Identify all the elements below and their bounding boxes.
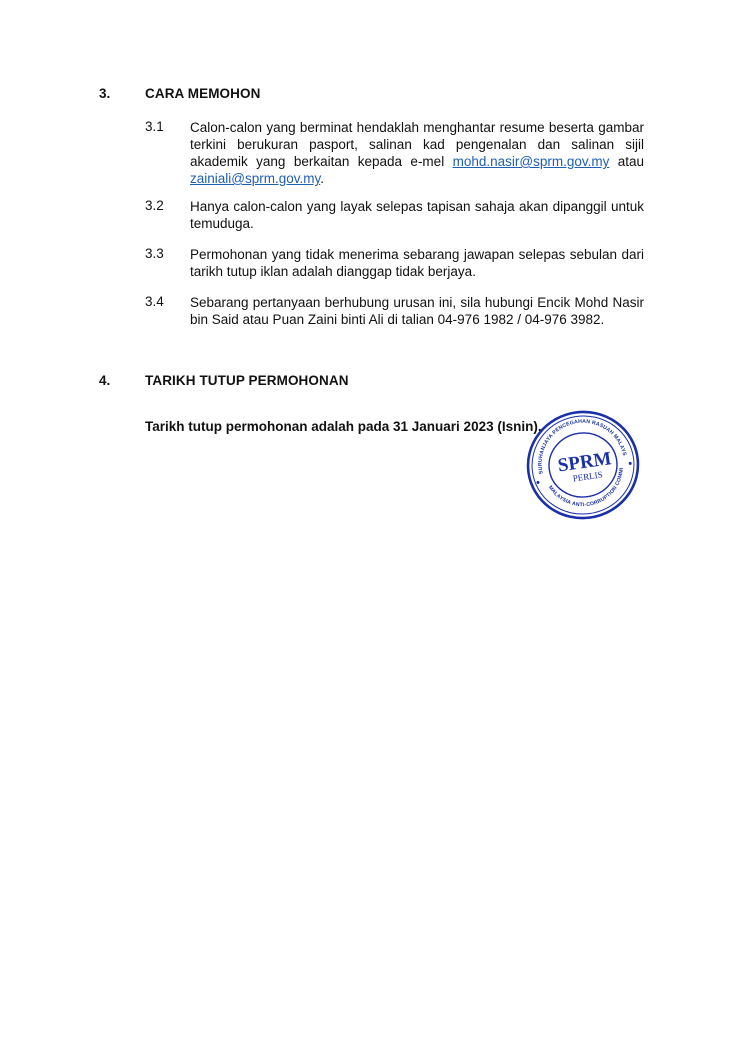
item-3-1-text: Calon-calon yang berminat hendaklah meng… (190, 119, 644, 187)
email-link-zainiali[interactable]: zainiali@sprm.gov.my (190, 171, 320, 186)
section-4-number: 4. (99, 373, 110, 388)
email-link-mohd-nasir[interactable]: mohd.nasir@sprm.gov.my (453, 154, 610, 169)
section-4-title: TARIKH TUTUP PERMOHONAN (145, 373, 349, 388)
item-3-1-number: 3.1 (145, 119, 164, 134)
item-3-4-number: 3.4 (145, 294, 164, 309)
closing-date-text: Tarikh tutup permohonan adalah pada 31 J… (145, 419, 542, 434)
sprm-perlis-stamp-icon: SURUHANJAYA PENCEGAHAN RASUAH MALAYSIA N… (524, 408, 642, 522)
item-3-2-text: Hanya calon-calon yang layak selepas tap… (190, 198, 644, 232)
item-3-4-text: Sebarang pertanyaan berhubung urusan ini… (190, 294, 644, 328)
item-3-3-number: 3.3 (145, 246, 164, 261)
item-3-3-text: Permohonan yang tidak menerima sebarang … (190, 246, 644, 280)
item-3-2-number: 3.2 (145, 198, 164, 213)
section-3-number: 3. (99, 86, 110, 101)
section-3-title: CARA MEMOHON (145, 86, 260, 101)
